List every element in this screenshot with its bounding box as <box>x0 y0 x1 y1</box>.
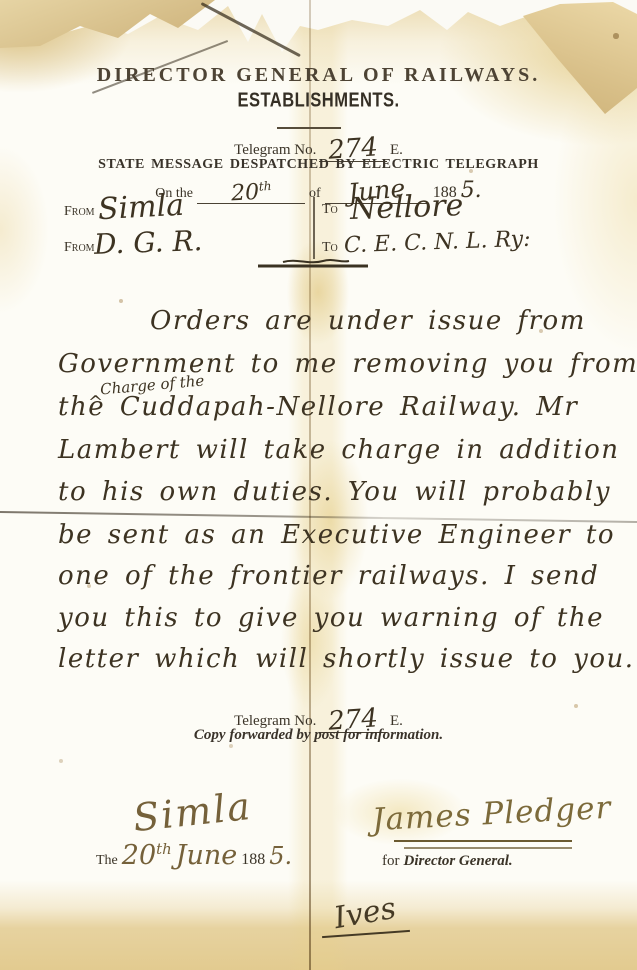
signed-for-line: for Director General. <box>382 852 513 870</box>
body-line: the Cuddapah-Nellore Railway. Mr <box>58 392 578 422</box>
from-label-2: From <box>64 240 95 256</box>
signed-title: Director General. <box>404 853 513 869</box>
footer-date-line: The 20th June 188 5. <box>96 840 292 871</box>
despatch-line: STATE MESSAGE DESPATCHED BY ELECTRIC TEL… <box>0 157 637 173</box>
document-subtitle: ESTABLISHMENTS. <box>25 89 611 113</box>
body-line: you this to give you warning of the <box>58 603 604 633</box>
to-value-1: Nellore <box>349 188 464 227</box>
body-line: be sent as an Executive Engineer to <box>58 520 615 550</box>
body-line: Lambert will take charge in addition <box>58 435 620 465</box>
signature-underline-1 <box>394 840 572 842</box>
footer-date-prefix: The <box>96 853 118 868</box>
header-rule <box>277 127 341 129</box>
signed-for: for <box>382 853 400 869</box>
footer-date-month: June <box>176 840 238 871</box>
document-title: DIRECTOR GENERAL OF RAILWAYS. <box>0 64 637 87</box>
body-line: one of the frontier railways. I send <box>58 561 599 591</box>
to-label-2: To <box>322 240 338 256</box>
signature-underline-2 <box>404 847 572 849</box>
body-line: Orders are under issue from <box>150 306 586 336</box>
date-line: On the 20th of June 188 5. <box>0 174 637 204</box>
copy-note: Copy forwarded by post for information. <box>0 727 637 744</box>
to-label-1: To <box>322 202 338 218</box>
telegram-document: DIRECTOR GENERAL OF RAILWAYS. ESTABLISHM… <box>0 0 637 970</box>
from-label-1: From <box>64 204 95 220</box>
day-blank: 20th <box>197 178 305 204</box>
body-line: to his own duties. You will probably <box>58 477 611 507</box>
from-to-divider <box>313 197 315 259</box>
footer-date-day: 20th <box>122 840 172 871</box>
day-value: 20th <box>230 179 272 206</box>
of-label: of <box>309 186 321 202</box>
footer-year-printed: 188 <box>241 851 265 868</box>
year-hand: 5. <box>461 178 482 203</box>
divider-flourish <box>257 258 369 270</box>
from-value-1: Simla <box>97 188 185 227</box>
body-line: letter which will shortly issue to you. <box>58 644 635 674</box>
foxing-specks <box>0 0 2 2</box>
footer-year-hand: 5. <box>269 842 292 870</box>
body-line: Government to me removing you from <box>58 349 637 379</box>
from-value-2: D. G. R. <box>93 224 202 261</box>
